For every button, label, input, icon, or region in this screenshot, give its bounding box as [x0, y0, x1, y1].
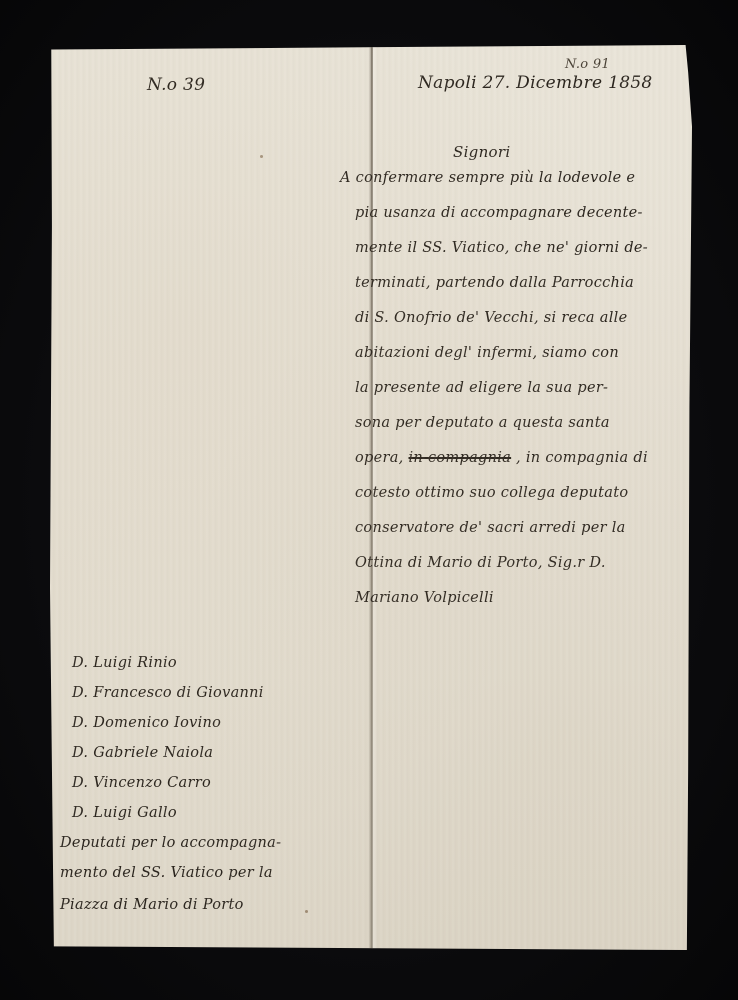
signatory: D. Luigi Gallo: [72, 805, 177, 821]
body-line: cotesto ottimo suo collega deputato: [355, 485, 628, 501]
photo-backdrop: N.o 39 N.o 91 Napoli 27. Dicembre 1858 S…: [0, 0, 738, 1000]
body-line: pia usanza di accompagnare decente-: [355, 205, 643, 221]
struck-through-text: in compagnia: [409, 450, 512, 466]
body-line: terminati, partendo dalla Parrocchia: [355, 275, 634, 291]
letter-sheet: N.o 39 N.o 91 Napoli 27. Dicembre 1858 S…: [50, 45, 692, 950]
signatory: D. Gabriele Naiola: [72, 745, 213, 761]
closing-line: Deputati per lo accompagna-: [60, 835, 281, 851]
body-text: opera,: [355, 450, 404, 466]
signatory: D. Luigi Rinio: [72, 655, 177, 671]
body-line: sona per deputato a questa santa: [355, 415, 610, 431]
closing-line: mento del SS. Viatico per la: [60, 865, 273, 881]
signatory: D. Francesco di Giovanni: [72, 685, 264, 701]
body-line: mente il SS. Viatico, che ne' giorni de-: [355, 240, 648, 256]
signatory: D. Vincenzo Carro: [72, 775, 211, 791]
place-and-date: Napoli 27. Dicembre 1858: [418, 73, 653, 93]
reference-number: N.o 39: [147, 75, 205, 95]
date-annotation: N.o 91: [565, 57, 610, 72]
body-line: Ottina di Mario di Porto, Sig.r D.: [355, 555, 606, 571]
paper-stain: [260, 155, 263, 158]
addressee-name: Mariano Volpicelli: [355, 590, 494, 606]
body-line: di S. Onofrio de' Vecchi, si reca alle: [355, 310, 628, 326]
closing-line: Piazza di Mario di Porto: [60, 897, 244, 913]
body-text: , in compagnia di: [516, 450, 648, 466]
body-line: la presente ad eligere la sua per-: [355, 380, 608, 396]
body-line: conservatore de' sacri arredi per la: [355, 520, 626, 536]
body-line: abitazioni degl' infermi, siamo con: [355, 345, 619, 361]
salutation: Signori: [453, 143, 510, 161]
signatory: D. Domenico Iovino: [72, 715, 221, 731]
paper-stain: [305, 910, 308, 913]
body-line-opera: opera, in compagnia , in compagnia di: [355, 450, 648, 466]
body-line: A confermare sempre più la lodevole e: [340, 170, 635, 186]
